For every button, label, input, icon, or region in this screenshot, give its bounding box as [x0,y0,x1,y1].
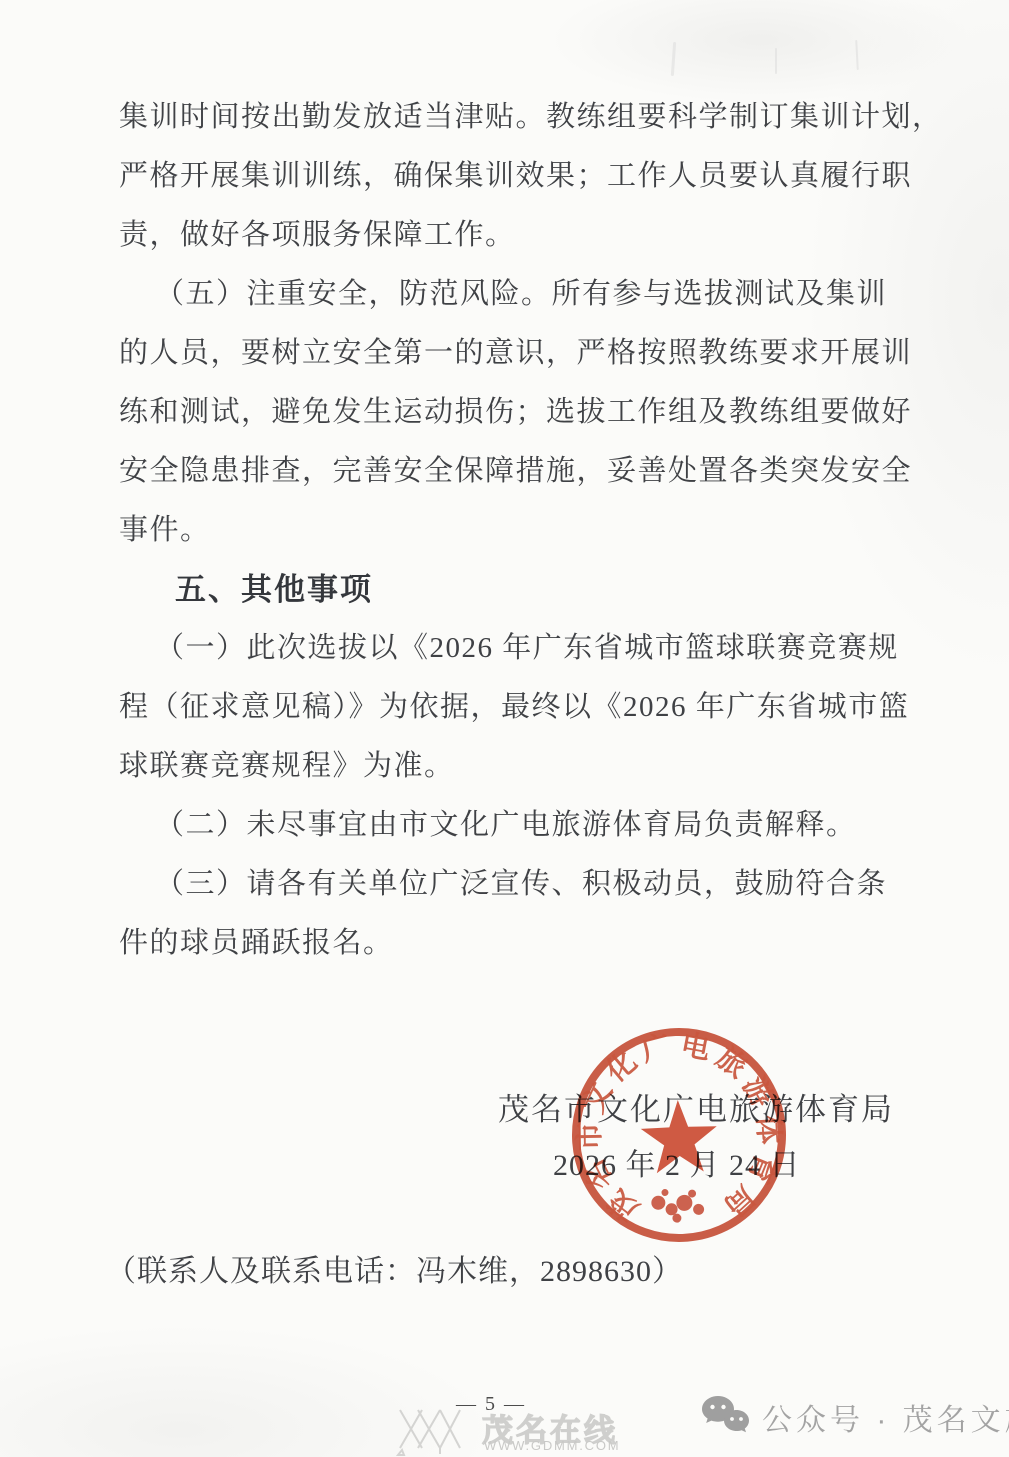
seal-star-icon [640,1099,718,1174]
official-seal: 茂名市文化广电旅游体育局 [566,1022,791,1247]
seal-bottom-smudge [651,1188,705,1224]
text-line: 程（征求意见稿）》为依据，最终以《2026 年广东省城市篮 [119,678,901,737]
text-line: 责，做好各项服务保障工作。 [119,206,901,265]
text-line: 件的球员踊跃报名。 [119,914,901,973]
scan-artifact [671,42,676,76]
scan-artifact [855,40,859,70]
text-line: （三）请各有关单位广泛宣传、积极动员，鼓励符合条 [119,855,901,914]
text-line: 集训时间按出勤发放适当津贴。教练组要科学制订集训计划， [119,88,901,147]
text-line: （一）此次选拔以《2026 年广东省城市篮球联赛竞赛规 [119,619,901,678]
section-heading: 五、其他事项 [119,560,901,619]
watermark-logo-icon [396,1398,482,1456]
text-line: （二）未尽事宜由市文化广电旅游体育局负责解释。 [119,796,901,855]
wechat-icon [700,1394,752,1440]
document-body: 集训时间按出勤发放适当津贴。教练组要科学制订集训计划， 严格开展集训训练，确保集… [119,88,901,973]
text-line: （五）注重安全，防范风险。所有参与选拔测试及集训 [119,265,901,324]
text-line: 练和测试，避免发生运动损伤；选拔工作组及教练组要做好 [119,383,901,442]
text-line: 球联赛竞赛规程》为准。 [119,737,901,796]
text-line: 的人员，要树立安全第一的意识，严格按照教练要求开展训 [119,324,901,383]
text-line: 严格开展集训训练，确保集训效果；工作人员要认真履行职 [119,147,901,206]
wechat-account-block: 公众号 · 茂名文旅 [700,1394,1009,1440]
wechat-account-label: 公众号 · 茂名文旅 [762,1395,1009,1439]
contact-info: （联系人及联系电话：冯木维，2898630） [106,1246,683,1290]
scan-artifact [775,48,777,74]
watermark-site-url: WWW.GDMM.COM [484,1438,620,1453]
text-line: 事件。 [119,501,901,560]
scanned-document-page: 集训时间按出勤发放适当津贴。教练组要科学制订集训计划， 严格开展集训训练，确保集… [0,0,1009,1457]
text-line: 安全隐患排查，完善安全保障措施，妥善处置各类突发安全 [119,442,901,501]
